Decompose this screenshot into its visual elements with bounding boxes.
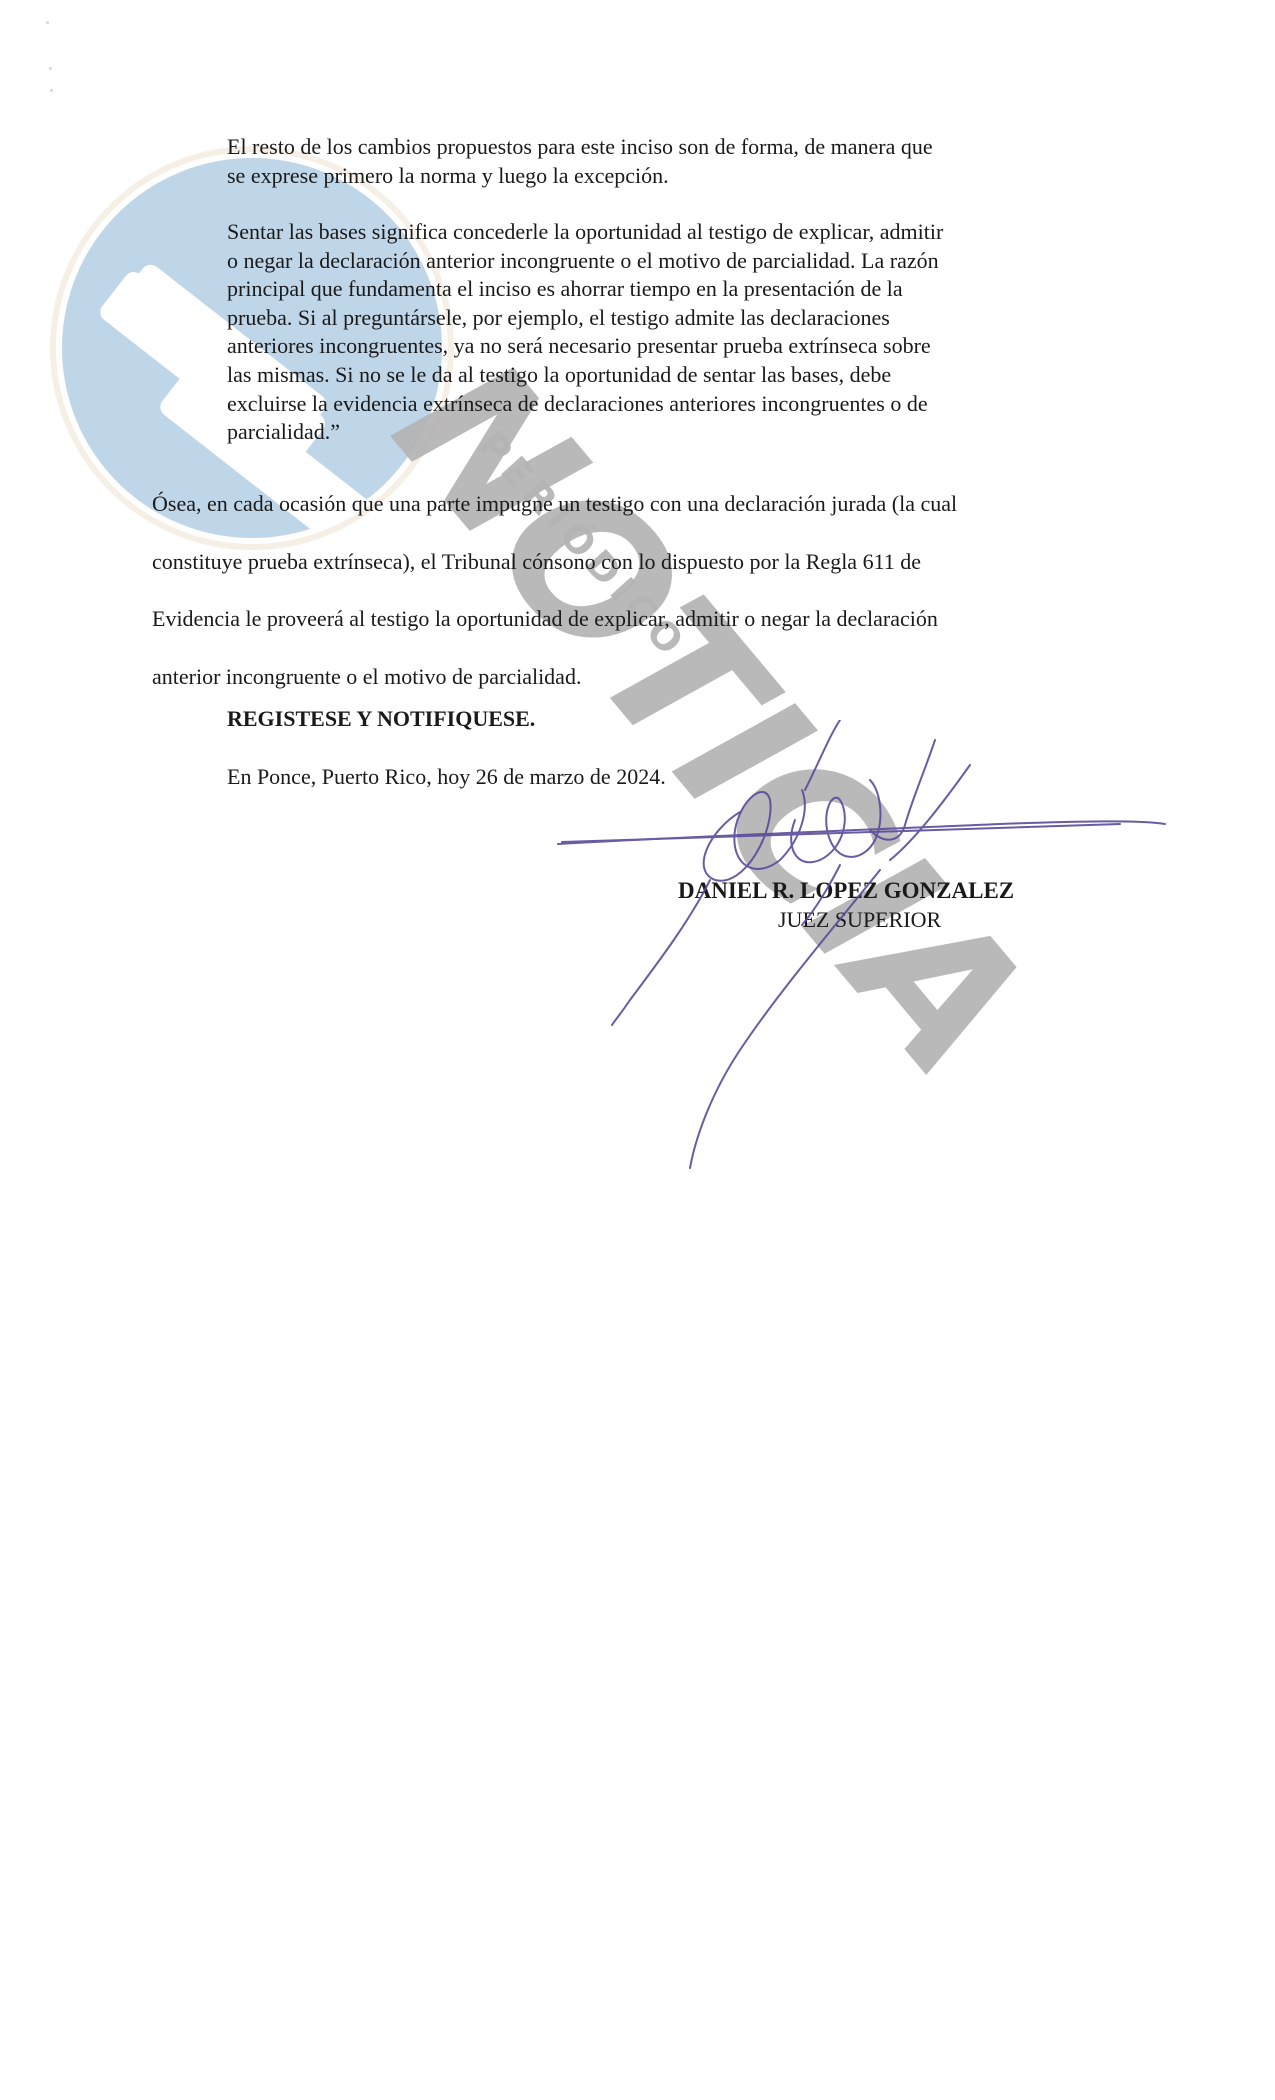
quote-paragraph-1: El resto de los cambios propuestos para …: [227, 133, 1057, 190]
text-line: Ósea, en cada ocasión que una parte impu…: [152, 475, 1082, 533]
signature-icon: [540, 720, 1180, 1180]
text-line: principal que fundamenta el inciso es ah…: [227, 275, 1057, 304]
text-line: parcialidad.”: [227, 418, 1057, 447]
order-directive: REGISTESE Y NOTIFIQUESE.: [227, 706, 535, 732]
text-line: constituye prueba extrínseca), el Tribun…: [152, 533, 1082, 591]
text-line: El resto de los cambios propuestos para …: [227, 133, 1057, 162]
text-line: las mismas. Si no se le da al testigo la…: [227, 361, 1057, 390]
text-line: anterior incongruente o el motivo de par…: [152, 648, 1082, 706]
text-line: anteriores incongruentes, ya no será nec…: [227, 332, 1057, 361]
scan-speck: [46, 21, 49, 24]
text-line: Evidencia le proveerá al testigo la opor…: [152, 590, 1082, 648]
scan-speck: [49, 67, 52, 70]
scan-speck: [50, 89, 53, 92]
text-line: se exprese primero la norma y luego la e…: [227, 162, 1057, 191]
text-line: o negar la declaración anterior incongru…: [227, 247, 1057, 276]
text-line: prueba. Si al preguntársele, por ejemplo…: [227, 304, 1057, 333]
text-line: excluirse la evidencia extrínseca de dec…: [227, 390, 1057, 419]
text-line: Sentar las bases significa concederle la…: [227, 218, 1057, 247]
document-page: PERIÓDICO NOTICIA El resto de los cambio…: [0, 0, 1275, 2100]
body-paragraph: Ósea, en cada ocasión que una parte impu…: [152, 475, 1082, 705]
quote-paragraph-2: Sentar las bases significa concederle la…: [227, 218, 1057, 447]
